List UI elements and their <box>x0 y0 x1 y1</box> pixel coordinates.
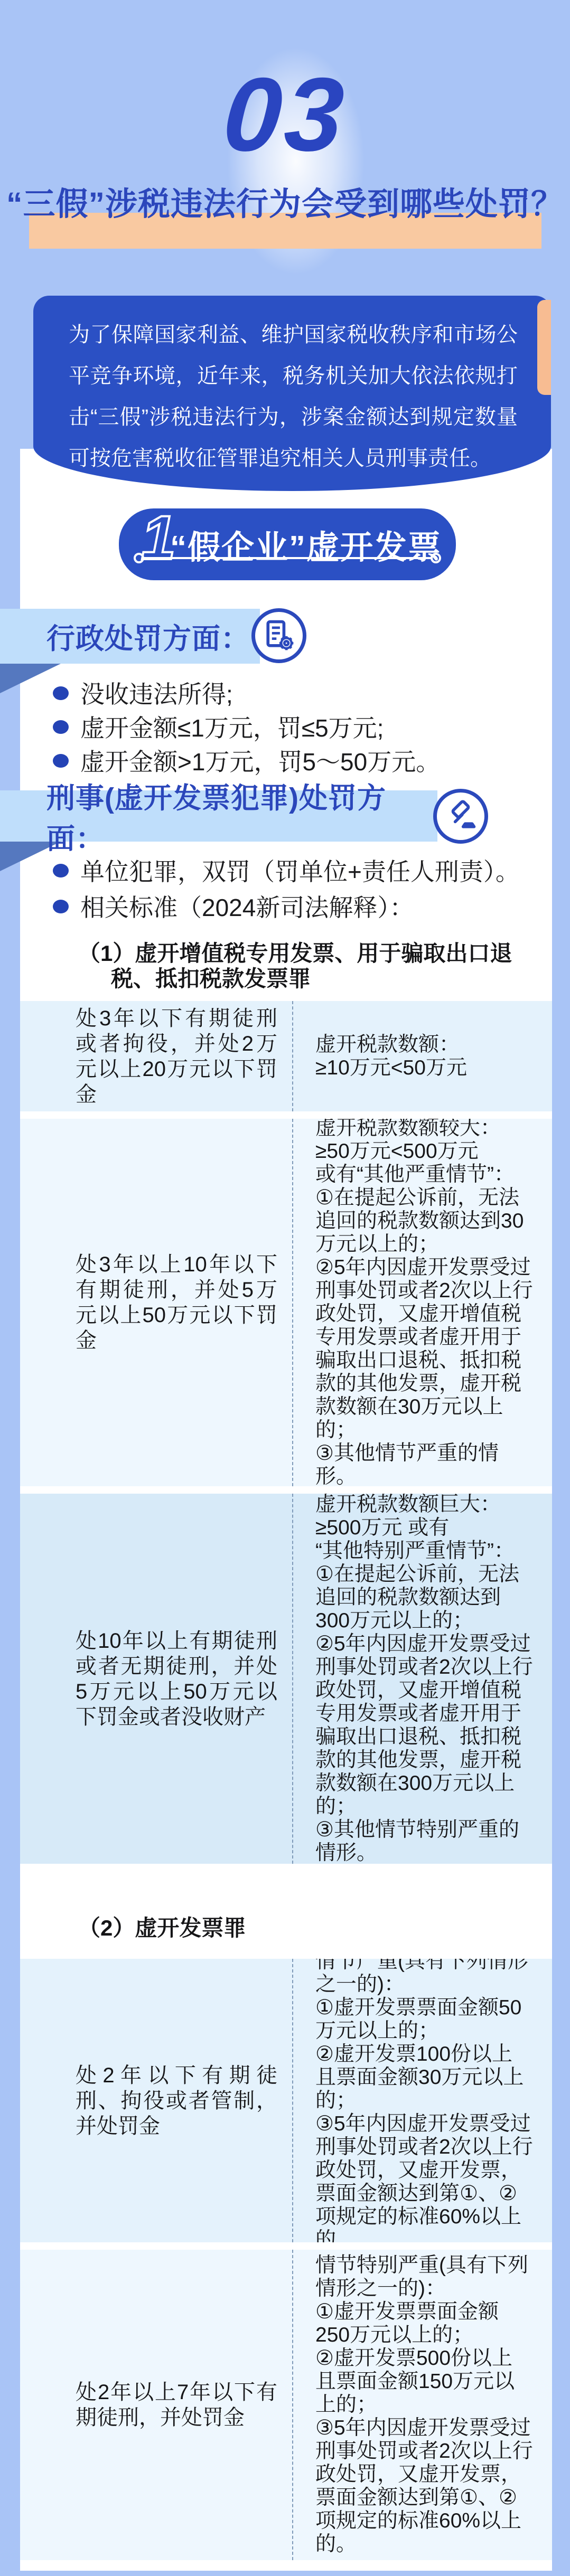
crime-bullet-2: 相关标准（2024新司法解释）： <box>80 892 414 924</box>
admin-penalty-label: 行政处罚方面： <box>46 616 250 657</box>
penalty-text: 处3年以上10年以下有期徒刑，并处5万元以上50万元以下罚金 <box>76 1252 277 1353</box>
standard-cell: 虚开税款数额巨大： ≥500万元 或有 “其他特别严重情节”： ①在提起公诉前，… <box>292 1494 552 1864</box>
standard-text: 虚开税款数额巨大： ≥500万元 或有 “其他特别严重情节”： ①在提起公诉前，… <box>315 1494 533 1864</box>
pill-underline <box>143 557 432 559</box>
gavel-icon <box>433 789 488 844</box>
admin-bullet-2: 虚开金额≤1万元，罚≤5万元; <box>80 713 384 744</box>
standard-text: 情节严重(具有下列情形之一的)： ①虚开发票票面金额50万元以上的； ②虚开发票… <box>315 1959 533 2242</box>
list-item: 虚开金额>1万元，罚5～50万元。 <box>53 747 440 778</box>
infographic-page: 03 “三假”涉税违法行为会受到哪些处罚？ 为了保障国家利益、维护国家税收秩序和… <box>0 0 570 2576</box>
table-row: 处3年以上10年以下有期徒刑，并处5万元以上50万元以下罚金 虚开税款数额较大：… <box>20 1119 552 1486</box>
section1-pill: 1 “假企业”虚开发票 <box>119 508 456 580</box>
pill-ring-right <box>431 553 441 563</box>
standard-text: 虚开税款数额较大： ≥50万元<500万元 或有“其他严重情节”： ①在提起公诉… <box>315 1119 533 1486</box>
document-gear-icon <box>251 608 306 663</box>
intro-paragraph: 为了保障国家利益、维护国家税收秩序和市场公平竞争环境，近年来，税务机关加大依法依… <box>69 314 518 479</box>
penalty-text: 处2年以下有期徒刑、拘役或者管制，并处罚金 <box>76 2063 277 2139</box>
penalty-cell: 处10年以上有期徒刑或者无期徒刑，并处5万元以上50万元以下罚金或者没收财产 <box>20 1494 292 1864</box>
standard-cell: 情节严重(具有下列情形之一的)： ①虚开发票票面金额50万元以上的； ②虚开发票… <box>292 1959 552 2242</box>
bullet-dot-icon <box>53 864 69 877</box>
penalty-cell: 处3年以上10年以下有期徒刑，并处5万元以上50万元以下罚金 <box>20 1119 292 1486</box>
intro-peach-tab <box>537 300 551 395</box>
bullet-dot-icon <box>53 720 69 734</box>
penalty-text: 处3年以下有期徒刑或者拘役，并处2万元以上20万元以下罚金 <box>76 1006 277 1107</box>
table-row: 处3年以下有期徒刑或者拘役，并处2万元以上20万元以下罚金 虚开税款数额： ≥1… <box>20 1001 552 1111</box>
admin-penalty-bar: 行政处罚方面： <box>0 609 260 664</box>
table-row: 处2年以上7年以下有期徒刑，并处罚金 情节特别严重(具有下列情形之一的)： ①虚… <box>20 2250 552 2560</box>
subsection-2-heading: （2）虚开发票罪 <box>78 1916 534 1941</box>
table-row: 处10年以上有期徒刑或者无期徒刑，并处5万元以上50万元以下罚金或者没收财产 虚… <box>20 1494 552 1864</box>
standard-cell: 情节特别严重(具有下列情形之一的)： ①虚开发票票面金额250万元以上的； ②虚… <box>292 2250 552 2560</box>
bullet-dot-icon <box>53 754 69 768</box>
standard-cell: 虚开税款数额较大： ≥50万元<500万元 或有“其他严重情节”： ①在提起公诉… <box>292 1119 552 1486</box>
standard-cell: 虚开税款数额： ≥10万元<50万元 <box>292 1001 552 1111</box>
page-title: “三假”涉税违法行为会受到哪些处罚？ <box>0 178 570 230</box>
section1-number: 1 <box>141 501 176 576</box>
penalty-text: 处2年以上7年以下有期徒刑，并处罚金 <box>76 2380 277 2430</box>
standard-text: 虚开税款数额： ≥10万元<50万元 <box>315 1033 467 1080</box>
pill-ring-left <box>134 553 144 563</box>
list-item: 虚开金额≤1万元，罚≤5万元; <box>53 713 384 744</box>
list-item: 单位犯罪，双罚（罚单位+责任人刑责）。 <box>53 856 520 888</box>
table-row: 处2年以下有期徒刑、拘役或者管制，并处罚金 情节严重(具有下列情形之一的)： ①… <box>20 1959 552 2242</box>
admin-bullet-3: 虚开金额>1万元，罚5～50万元。 <box>80 747 440 778</box>
subsection-1-heading: （1）虚开增值税专用发票、用于骗取出口退税、抵扣税款发票罪 <box>78 941 534 992</box>
penalty-cell: 处3年以下有期徒刑或者拘役，并处2万元以上20万元以下罚金 <box>20 1001 292 1111</box>
list-item: 没收违法所得; <box>53 679 233 711</box>
criminal-penalty-bar: 刑事(虚开发票犯罪)处罚方面： <box>0 790 437 842</box>
penalty-cell: 处2年以上7年以下有期徒刑，并处罚金 <box>20 2250 292 2560</box>
admin-bullet-1: 没收违法所得; <box>80 679 233 711</box>
standard-text: 情节特别严重(具有下列情形之一的)： ①虚开发票票面金额250万元以上的； ②虚… <box>315 2254 533 2556</box>
list-item: 相关标准（2024新司法解释）： <box>53 892 414 924</box>
crime-bullet-1: 单位犯罪，双罚（罚单位+责任人刑责）。 <box>80 856 520 888</box>
penalty-text: 处10年以上有期徒刑或者无期徒刑，并处5万元以上50万元以下罚金或者没收财产 <box>76 1628 277 1730</box>
section1-title: “假企业”虚开发票 <box>170 521 442 568</box>
criminal-penalty-label: 刑事(虚开发票犯罪)处罚方面： <box>46 776 437 857</box>
section-number: 03 <box>0 62 570 167</box>
bullet-dot-icon <box>53 686 69 700</box>
bullet-dot-icon <box>53 900 69 913</box>
penalty-cell: 处2年以下有期徒刑、拘役或者管制，并处罚金 <box>20 1959 292 2242</box>
